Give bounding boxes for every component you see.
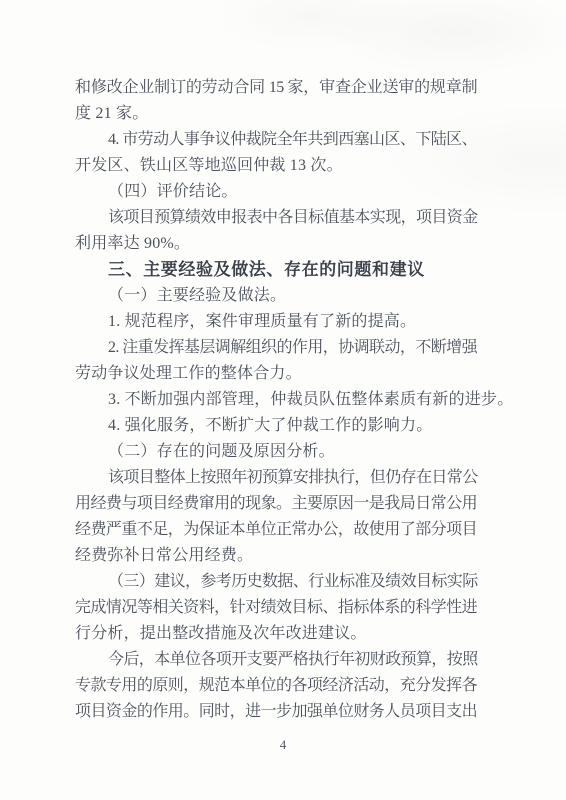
doc-line: 该项目整体上按照年初预算安排执行，但仍存在日常公: [75, 465, 477, 491]
doc-line: 经费严重不足，为保证本单位正常办公，故使用了部分项目: [75, 517, 477, 543]
doc-line: 3. 不断加强内部管理，仲裁员队伍整体素质有新的进步。: [75, 387, 477, 413]
doc-line: 今后，本单位各项开支要严格执行年初财政预算，按照: [75, 647, 477, 673]
subsection-heading: （二）存在的问题及原因分析。: [75, 439, 477, 465]
doc-line: 经费弥补日常公用经费。: [75, 543, 477, 569]
doc-line: 1. 规范程序，案件审理质量有了新的提高。: [75, 309, 477, 335]
doc-line: 劳动争议处理工作的整体合力。: [75, 361, 477, 387]
doc-line: 该项目预算绩效申报表中各目标值基本实现，项目资金: [75, 205, 477, 231]
doc-line: 4. 强化服务，不断扩大了仲裁工作的影响力。: [75, 413, 477, 439]
doc-line: 项目资金的作用。同时，进一步加强单位财务人员项目支出: [75, 699, 477, 725]
doc-line: 专款专用的原则，规范本单位的各项经济活动，充分发挥各: [75, 673, 477, 699]
doc-line: 度 21 家。: [75, 101, 477, 127]
doc-line: 4. 市劳动人事争议仲裁院全年共到西塞山区、下陆区、: [75, 127, 477, 153]
page-number: 4: [0, 736, 566, 754]
doc-line: 2. 注重发挥基层调解组织的作用，协调联动，不断增强: [75, 335, 477, 361]
doc-line: 开发区、铁山区等地巡回仲裁 13 次。: [75, 153, 477, 179]
document-page: 和修改企业制订的劳动合同 15 家，审查企业送审的规章制 度 21 家。 4. …: [0, 0, 566, 800]
section-heading: 三、主要经验及做法、存在的问题和建议: [75, 257, 477, 283]
subsection-heading: （一）主要经验及做法。: [75, 283, 477, 309]
doc-line: 和修改企业制订的劳动合同 15 家，审查企业送审的规章制: [75, 75, 477, 101]
subsection-heading: （四）评价结论。: [75, 179, 477, 205]
doc-line: 用经费与项目经费窜用的现象。主要原因一是我局日常公用: [75, 491, 477, 517]
document-body: 和修改企业制订的劳动合同 15 家，审查企业送审的规章制 度 21 家。 4. …: [75, 75, 477, 725]
doc-line: 行分析，提出整改措施及次年改进建议。: [75, 621, 477, 647]
doc-line: （三）建议，参考历史数据、行业标准及绩效目标实际: [75, 569, 477, 595]
doc-line: 利用率达 90%。: [75, 231, 477, 257]
doc-line: 完成情况等相关资料，针对绩效目标、指标体系的科学性进: [75, 595, 477, 621]
